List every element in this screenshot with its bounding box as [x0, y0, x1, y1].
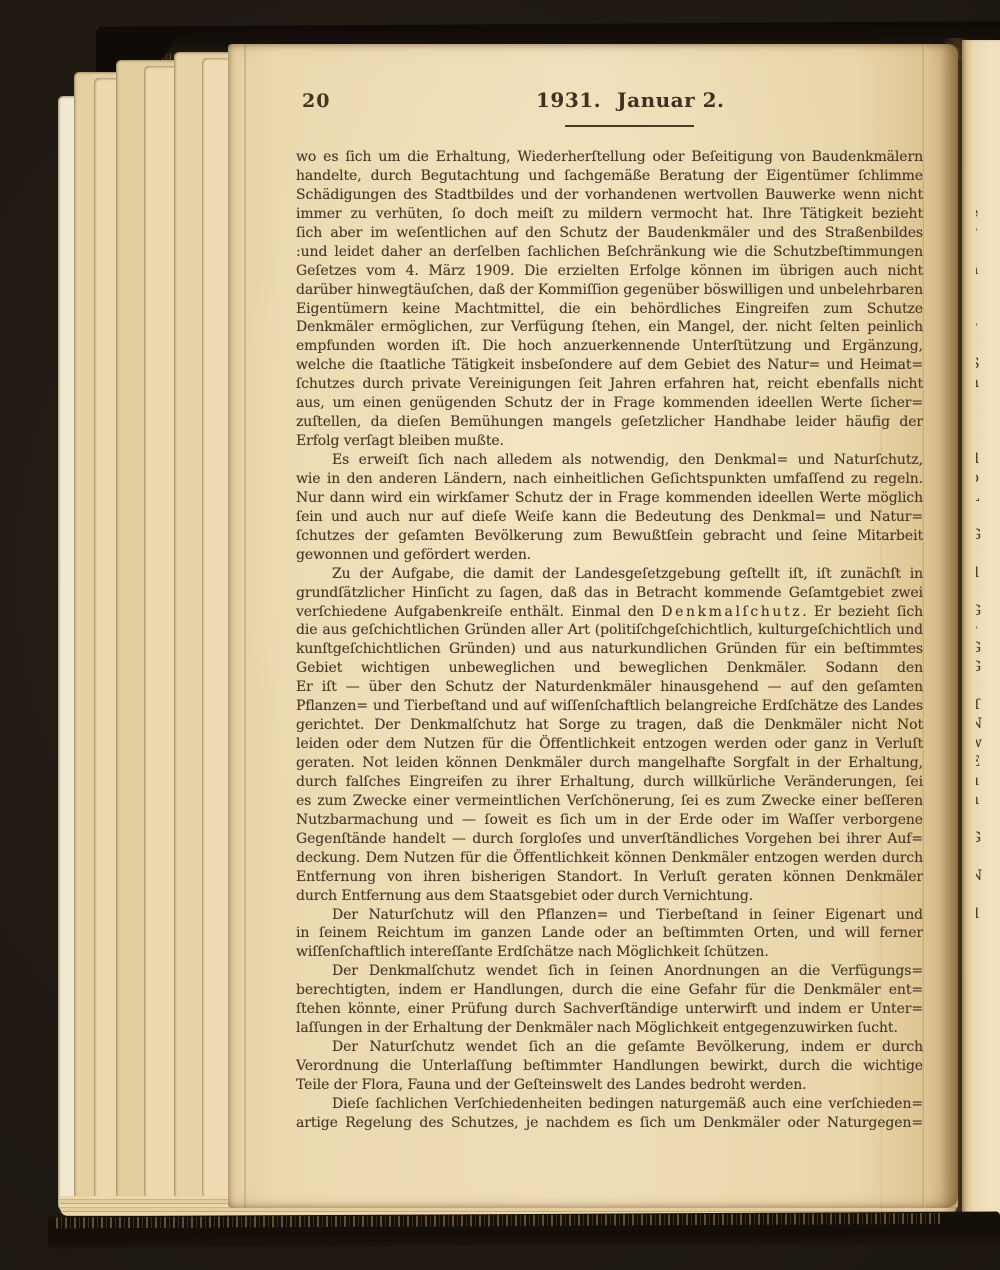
- text-line: gewonnen und gefördert werden.: [296, 546, 923, 565]
- text-line: grundſätzlicher Hinſicht zu ſagen, daß d…: [296, 584, 923, 603]
- text-fragment: iſ: [976, 696, 1000, 715]
- text-fragment: [976, 1018, 1000, 1037]
- text-line: es zum Zwecke einer vermeintlichen Verſc…: [296, 792, 923, 811]
- text-fragment: d: [976, 564, 1000, 583]
- text-fragment: L: [976, 488, 1000, 507]
- text-line: ſchutzes der geſamten Bevölkerung zum Be…: [296, 527, 923, 546]
- text-line: durch Entfernung aus dem Staatsgebiet od…: [296, 887, 923, 906]
- text-line: Pflanzen= und Tierbeſtand und auf wiſſen…: [296, 697, 923, 716]
- text-fragment: N: [976, 715, 1000, 734]
- text-fragment: (: [976, 507, 1000, 526]
- heading-date: Januar 2.: [617, 88, 724, 112]
- text-line: Der Naturſchutz wendet ſich an die geſam…: [296, 1038, 923, 1057]
- heading-year: 1931.: [536, 88, 601, 112]
- text-fragment: [976, 961, 1000, 980]
- text-line: ſchutzes durch private Vereinigungen ſei…: [296, 375, 923, 394]
- text-line: ſtehen könnte, einer Prüfung durch Sachv…: [296, 1000, 923, 1019]
- text-fragment: w: [976, 734, 1000, 753]
- text-line: welche die ſtaatliche Tätigkeit insbeſon…: [296, 356, 923, 375]
- text-fragment: S: [976, 355, 1000, 374]
- text-line: geraten. Not leiden können Denkmäler dur…: [296, 754, 923, 773]
- text-line: Der Naturſchutz will den Pflanzen= und T…: [296, 906, 923, 925]
- text-fragment: r: [976, 318, 1000, 337]
- text-line: Teile der Flora, Fauna und der Geſteinsw…: [296, 1076, 923, 1095]
- text-line: aus, um einen genügenden Schutz der in F…: [296, 394, 923, 413]
- text-line: zuſtellen, da dieſen Bemühungen mangels …: [296, 413, 923, 432]
- text-line: deckung. Dem Nutzen für die Öffentlichke…: [296, 849, 923, 868]
- text-fragment: E: [976, 753, 1000, 772]
- text-fragment: u: [976, 772, 1000, 791]
- text-line: Es erweiſt ſich nach alledem als notwend…: [296, 451, 923, 470]
- text-fragment: b: [976, 469, 1000, 488]
- facing-page-text-fragments: tJerärſSniſfdbL(GfdſGrGGfiſNwEuhGiNjd: [976, 166, 1000, 1075]
- text-fragment: r: [976, 223, 1000, 242]
- text-line: laſſungen in der Erhaltung der Denkmäler…: [296, 1019, 923, 1038]
- page-number: 20: [302, 90, 330, 112]
- text-line: wiſſenſchaftlich intereſſante Erdſchätze…: [296, 943, 923, 962]
- text-line: durch falſches Eingreifen zu ihrer Erhal…: [296, 773, 923, 792]
- text-fragment: G: [976, 602, 1000, 621]
- text-fragment: G: [976, 639, 1000, 658]
- text-line: Erfolg verſagt bleiben mußte.: [296, 432, 923, 451]
- text-fragment: t: [976, 166, 1000, 185]
- text-line: handelte, durch Begutachtung und ſachgem…: [296, 167, 923, 186]
- text-line: artige Regelung des Schutzes, je nachdem…: [296, 1114, 923, 1133]
- text-line: Schädigungen des Stadtbildes und der vor…: [296, 186, 923, 205]
- text-fragment: ſ: [976, 336, 1000, 355]
- text-line: Der Denkmalſchutz wendet ſich in ſeinen …: [296, 962, 923, 981]
- page-crease: [244, 44, 246, 1208]
- text-line: Gebiet wichtigen unbeweglichen und beweg…: [296, 659, 923, 678]
- text-line: wie in den anderen Ländern, nach einheit…: [296, 470, 923, 489]
- text-fragment: [976, 1037, 1000, 1056]
- text-fragment: d: [976, 450, 1000, 469]
- text-line: ſich aber im weſentlichen auf den Schutz…: [296, 224, 923, 243]
- text-fragment: f: [976, 677, 1000, 696]
- text-fragment: [976, 1056, 1000, 1075]
- text-line: leiden oder dem Nutzen für die Öffentlic…: [296, 735, 923, 754]
- text-fragment: N: [976, 867, 1000, 886]
- text-line: gerichtet. Der Denkmalſchutz hat Sorge z…: [296, 716, 923, 735]
- text-fragment: [976, 242, 1000, 261]
- text-line: Nutzbarmachung und — ſoweit es ſich um i…: [296, 811, 923, 830]
- text-fragment: [976, 980, 1000, 999]
- text-fragment: n: [976, 374, 1000, 393]
- text-fragment: G: [976, 526, 1000, 545]
- text-line: Dieſe ſachlichen Verſchiedenheiten bedin…: [296, 1095, 923, 1114]
- text-line: Denkmäler ermöglichen, zur Verfügung ſte…: [296, 318, 923, 337]
- text-fragment: ä: [976, 261, 1000, 280]
- text-line: Verordnung die Unterlaſſung beſtimmter H…: [296, 1057, 923, 1076]
- text-line: Eigentümern keine Machtmittel, die ein b…: [296, 300, 923, 319]
- text-fragment: d: [976, 905, 1000, 924]
- body-text: wo es ſich um die Erhaltung, Wiederherſt…: [296, 148, 923, 1133]
- text-fragment: [976, 999, 1000, 1018]
- heading-rule: [565, 125, 694, 127]
- text-line: kunſtgeſchichtlichen Gründen) und aus na…: [296, 640, 923, 659]
- text-fragment: J: [976, 185, 1000, 204]
- text-line: Nur dann wird ein wirkſamer Schutz der i…: [296, 489, 923, 508]
- text-fragment: i: [976, 848, 1000, 867]
- text-fragment: r: [976, 621, 1000, 640]
- text-line: wo es ſich um die Erhaltung, Wiederherſt…: [296, 148, 923, 167]
- text-line: Entfernung von ihren bisherigen Standort…: [296, 868, 923, 887]
- text-fragment: [976, 280, 1000, 299]
- text-fragment: h: [976, 791, 1000, 810]
- text-fragment: e: [976, 204, 1000, 223]
- text-fragment: G: [976, 829, 1000, 848]
- text-line: Er iſt — über den Schutz der Naturdenkmä…: [296, 678, 923, 697]
- text-fragment: f: [976, 545, 1000, 564]
- text-line: Geſetzes vom 4. März 1909. Die erzielten…: [296, 262, 923, 281]
- text-line: Zu der Aufgabe, die damit der Landesgeſe…: [296, 565, 923, 584]
- text-fragment: f: [976, 431, 1000, 450]
- text-line: immer zu verhüten, ſo doch meiſt zu mild…: [296, 205, 923, 224]
- scanned-book-photo: 20 1931.Januar 2. wo es ſich um die Erha…: [0, 0, 1000, 1270]
- text-fragment: G: [976, 658, 1000, 677]
- text-fragment: [976, 924, 1000, 943]
- text-line: berechtigten, indem er Handlungen, durch…: [296, 981, 923, 1000]
- text-line: darüber hinwegtäuſchen, daß der Kommiſſi…: [296, 281, 923, 300]
- text-fragment: j: [976, 886, 1000, 905]
- text-line: Gegenſtände handelt — durch ſorgloſes un…: [296, 830, 923, 849]
- text-line: ſein und auch nur auf dieſe Weiſe kann d…: [296, 508, 923, 527]
- facing-page-sliver: tJerärſSniſfdbL(GfdſGrGGfiſNwEuhGiNjd: [962, 40, 1000, 1216]
- text-line: :und leidet daher an derſelben ſachliche…: [296, 243, 923, 262]
- text-line: empfunden worden iſt. Die hoch anzuerken…: [296, 337, 923, 356]
- text-fragment: [976, 299, 1000, 318]
- text-line: verſchiedene Aufgabenkreiſe enthält. Ein…: [296, 603, 923, 622]
- book-bottom-edge: [48, 1212, 1000, 1249]
- text-fragment: ſ: [976, 412, 1000, 431]
- book-page: 20 1931.Januar 2. wo es ſich um die Erha…: [228, 44, 958, 1208]
- text-fragment: [976, 942, 1000, 961]
- text-fragment: [976, 810, 1000, 829]
- text-line: die aus geſchichtlichen Gründen aller Ar…: [296, 621, 923, 640]
- page-heading: 1931.Januar 2.: [536, 88, 724, 112]
- text-fragment: i: [976, 393, 1000, 412]
- text-fragment: ſ: [976, 583, 1000, 602]
- text-line: in ſeinem Reichtum im ganzen Lande oder …: [296, 924, 923, 943]
